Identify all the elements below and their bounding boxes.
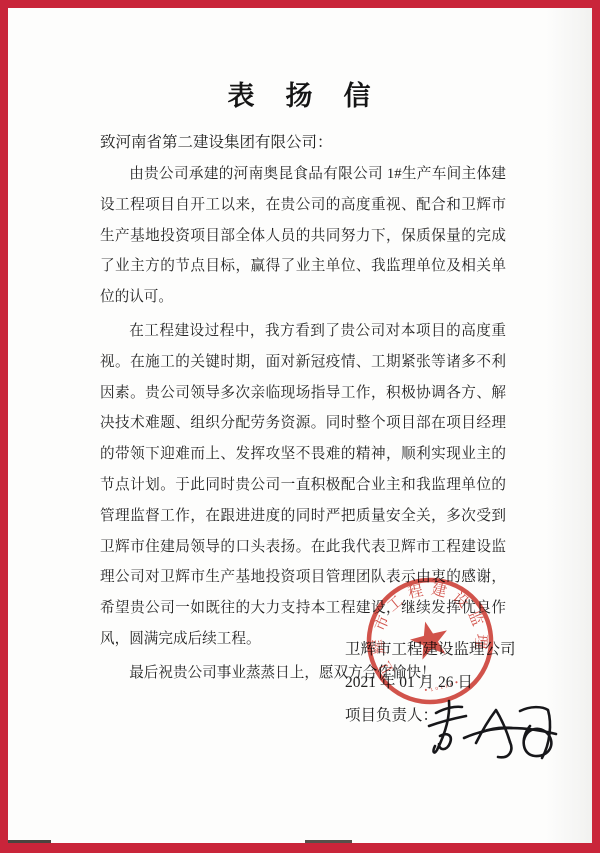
body-paragraph: 由贵公司承建的河南奥昆食品有限公司 1#生产车间主体建设工程项目自开工以来，在贵… xyxy=(100,159,506,313)
seal-star xyxy=(407,617,453,661)
company-seal-stamp: 卫辉市工程建设监理公司 • ₁ ₀ ₁ ₁ ₀ • xyxy=(355,566,505,716)
scan-artifact-line xyxy=(8,840,592,843)
commendation-letter-scan: 表 扬 信 致河南省第二建设集团有限公司： 由贵公司承建的河南奥昆食品有限公司 … xyxy=(0,0,600,853)
salutation: 致河南省第二建设集团有限公司： xyxy=(100,133,506,153)
letter-paper: 表 扬 信 致河南省第二建设集团有限公司： 由贵公司承建的河南奥昆食品有限公司 … xyxy=(8,8,592,843)
letter-title: 表 扬 信 xyxy=(8,82,592,112)
seal-serial-marks: • ₁ ₀ ₁ ₁ ₀ • xyxy=(423,678,460,694)
